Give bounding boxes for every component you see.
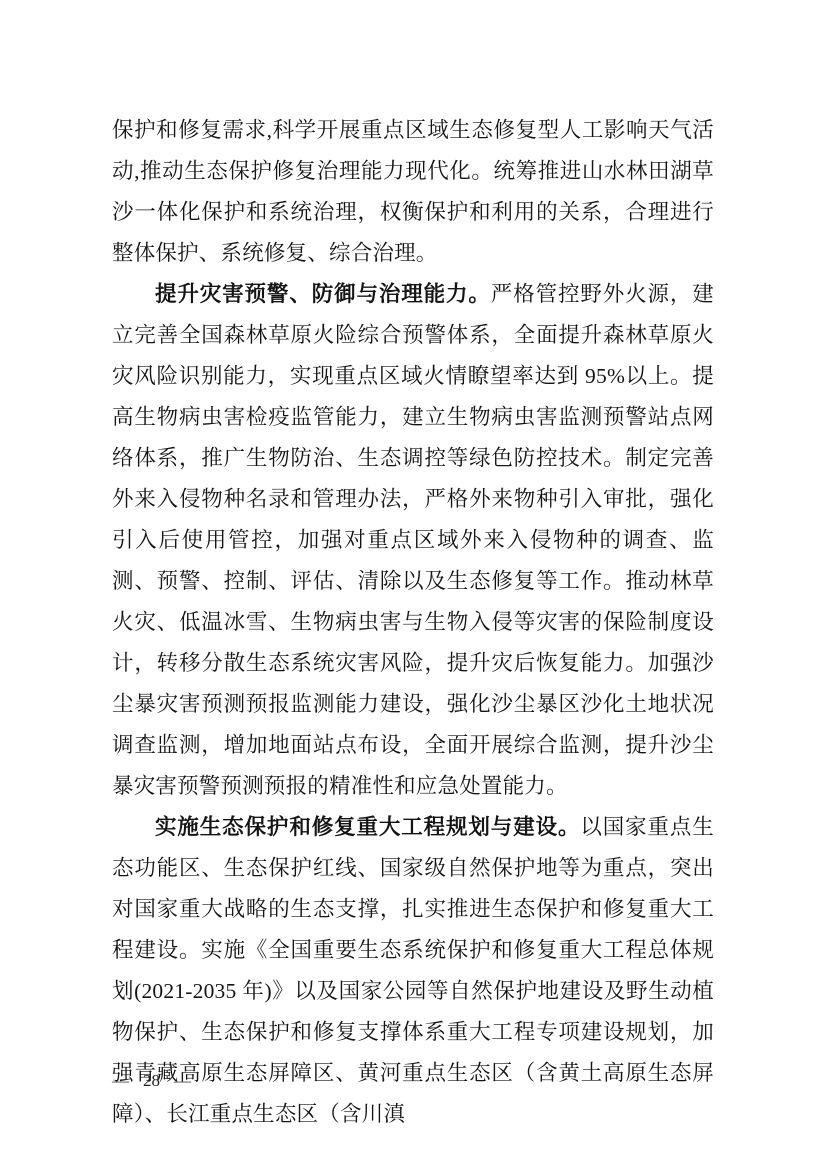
paragraph-continuation: 保护和修复需求,科学开展重点区域生态修复型人工影响天气活动,推动生态保护修复治理… [112,110,714,274]
paragraph-lead: 提升灾害预警、防御与治理能力。 [155,282,491,306]
paragraph-text: 保护和修复需求,科学开展重点区域生态修复型人工影响天气活动,推动生态保护修复治理… [112,118,714,265]
paragraph-text: 以国家重点生态功能区、生态保护红线、国家级自然保护地等为重点，突出对国家重大战略… [112,815,714,1126]
footer-dash-right: — [174,1071,191,1090]
footer-dash-left: — [112,1071,129,1090]
paragraph-lead: 实施生态保护和修复重大工程规划与建设。 [155,815,580,839]
page-number: 28 [143,1071,160,1091]
document-page: 保护和修复需求,科学开展重点区域生态修复型人工影响天气活动,推动生态保护修复治理… [0,0,826,1169]
paragraph-major-projects: 实施生态保护和修复重大工程规划与建设。以国家重点生态功能区、生态保护红线、国家级… [112,807,714,1135]
page-footer: —28— [112,1071,191,1091]
page-body-text: 保护和修复需求,科学开展重点区域生态修复型人工影响天气活动,推动生态保护修复治理… [112,110,714,1135]
paragraph-text: 严格管控野外火源，建立完善全国森林草原火险综合预警体系，全面提升森林草原火灾风险… [112,282,714,798]
paragraph-disaster-warning: 提升灾害预警、防御与治理能力。严格管控野外火源，建立完善全国森林草原火险综合预警… [112,274,714,807]
